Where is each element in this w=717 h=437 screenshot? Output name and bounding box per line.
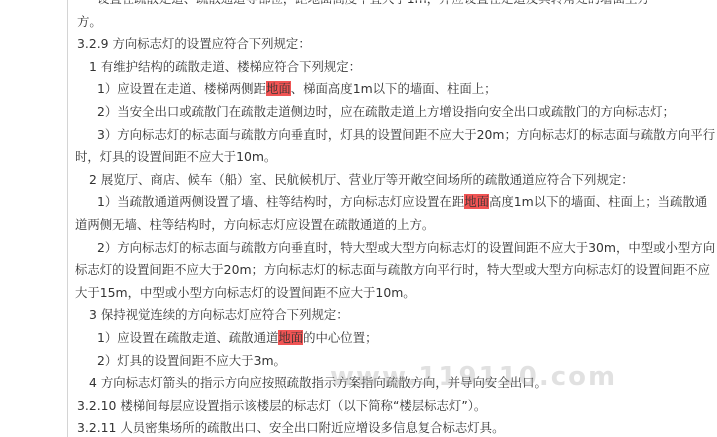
clause-2-item-2: 2）方向标志灯的标志面与疏散方向垂直时，特大型或大型方向标志灯的设置间距不应大于… [77, 237, 717, 260]
clause-1-item-1: 1）应设置在走道、楼梯两侧距地面、梯面高度1m以下的墙面、柱面上； [77, 78, 717, 101]
cut-off-line: 设置在疏散走道、疏散通道等部位，距地面高度不宜大于1m，并应设置在走道及其转角处… [77, 0, 717, 11]
text-segment: 1）应设置在疏散走道、疏散通道 [97, 330, 278, 345]
document-viewport: 设置在疏散走道、疏散通道等部位，距地面高度不宜大于1m，并应设置在走道及其转角处… [0, 0, 717, 437]
text-segment: 、梯面高度1m以下的墙面、柱面上； [291, 81, 497, 96]
clause-2-item-1-continued: 道两侧无墙、柱等结构时，方向标志灯应设置在疏散通道的上方。 [75, 214, 717, 237]
clause-3-item-2: 2）灯具的设置间距不应大于3m。 [77, 350, 717, 373]
left-gutter [0, 0, 67, 437]
clause-1-item-3: 3）方向标志灯的标志面与疏散方向垂直时，灯具的设置间距不应大于20m；方向标志灯… [77, 124, 717, 147]
search-highlight: 地面 [464, 194, 489, 209]
search-highlight: 地面 [278, 330, 303, 345]
section-heading-3-2-9: 3.2.9 方向标志灯的设置应符合下列规定： [77, 33, 717, 56]
clause-1-item-2: 2）当安全出口或疏散门在疏散走道侧边时，应在疏散走道上方增设指向安全出口或疏散门… [77, 101, 717, 124]
text-segment: 高度1m以下的墙面、柱面上；当疏散通 [489, 194, 707, 209]
section-heading-3-2-10: 3.2.10 楼梯间每层应设置指示该楼层的标志灯（以下简称“楼层标志灯”）。 [77, 395, 717, 418]
clause-1-item-3-continued: 时，灯具的设置间距不应大于10m。 [75, 146, 717, 169]
clause-2-item-1: 1）当疏散通道两侧设置了墙、柱等结构时，方向标志灯应设置在距地面高度1m以下的墙… [77, 191, 717, 214]
clause-1: 1 有维护结构的疏散走道、楼梯应符合下列规定： [77, 56, 717, 79]
document-body: 设置在疏散走道、疏散通道等部位，距地面高度不宜大于1m，并应设置在走道及其转角处… [77, 0, 717, 437]
clause-2-item-2-continued: 标志灯的设置间距不应大于20m；方向标志灯的标志面与疏散方向平行时，特大型或大型… [75, 259, 717, 282]
section-heading-3-2-11: 3.2.11 人员密集场所的疏散出口、安全出口附近应增设多信息复合标志灯具。 [77, 417, 717, 437]
clause-4: 4 方向标志灯箭头的指示方向应按照疏散指示方案指向疏散方向，并导向安全出口。 [77, 372, 717, 395]
clause-2-item-2-continued-2: 大于15m，中型或小型方向标志灯的设置间距不应大于10m。 [75, 282, 717, 305]
paragraph-line: 方。 [77, 11, 717, 34]
clause-3-item-1: 1）应设置在疏散走道、疏散通道地面的中心位置； [77, 327, 717, 350]
text-segment: 1）应设置在走道、楼梯两侧距 [97, 81, 266, 96]
clause-2: 2 展览厅、商店、候车（船）室、民航候机厅、营业厅等开敞空间场所的疏散通道应符合… [77, 169, 717, 192]
clause-3: 3 保持视觉连续的方向标志灯应符合下列规定： [77, 304, 717, 327]
search-highlight: 地面 [266, 81, 291, 96]
text-segment: 1）当疏散通道两侧设置了墙、柱等结构时，方向标志灯应设置在距 [97, 194, 464, 209]
content-left-border [67, 0, 68, 437]
text-segment: 的中心位置； [303, 330, 377, 345]
